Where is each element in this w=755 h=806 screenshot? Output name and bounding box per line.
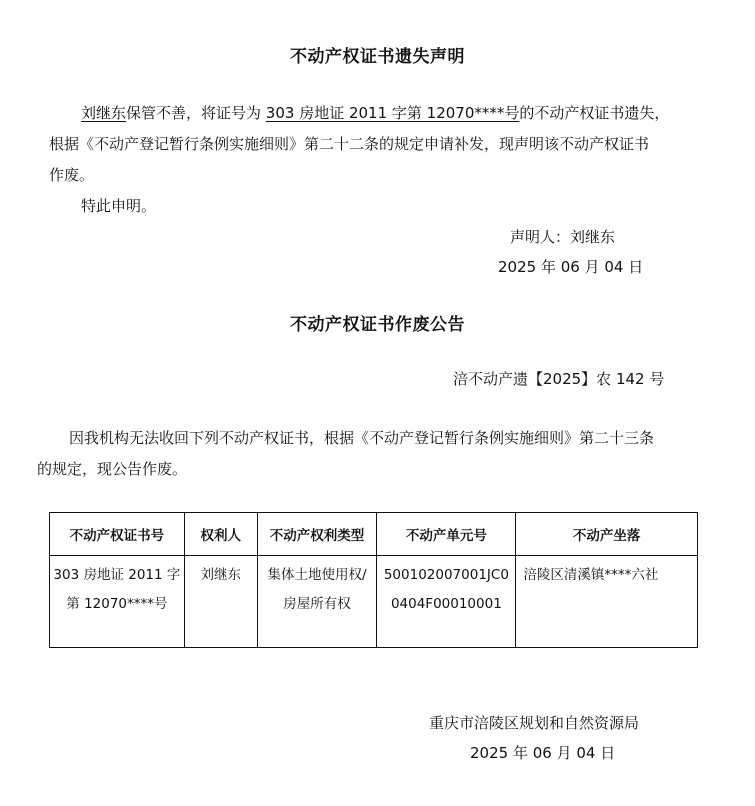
header-location: 不动产坐落 [516, 513, 698, 556]
voided-certificates-table: 不动产权证书号 权利人 不动产权利类型 不动产单元号 不动产坐落 303 房地证… [49, 512, 698, 648]
doc-number: 涪不动产遗【2025】农 142 号 [453, 364, 664, 395]
header-right-type: 不动产权利类型 [257, 513, 377, 556]
announcement-title: 不动产权证书作废公告 [0, 310, 755, 335]
statement-text: 的不动产权证书遗失， [519, 104, 669, 122]
announcement-paragraph-line2: 的规定，现公告作废。 [37, 454, 187, 485]
statement-paragraph-line3: 作废。 [49, 160, 94, 191]
table-header-row: 不动产权证书号 权利人 不动产权利类型 不动产单元号 不动产坐落 [50, 513, 698, 556]
cert-number: 303 房地证 2011 字第 12070****号 [266, 104, 520, 122]
statement-date: 2025 年 06 月 04 日 [498, 252, 643, 283]
declarant-label: 声明人：刘继东 [510, 222, 615, 253]
statement-paragraph-line1: 刘继东保管不善，将证号为 303 房地证 2011 字第 12070****号的… [81, 98, 669, 129]
announcement-paragraph-line1: 因我机构无法收回下列不动产权证书，根据《不动产登记暂行条例实施细则》第二十三条 [69, 423, 654, 454]
header-owner: 权利人 [184, 513, 257, 556]
owner-name: 刘继东 [81, 104, 126, 122]
statement-closing: 特此申明。 [81, 191, 156, 222]
cell-right-type: 集体土地使用权/ 房屋所有权 [257, 556, 377, 648]
statement-text: 保管不善，将证号为 [126, 104, 266, 122]
statement-title: 不动产权证书遗失声明 [0, 42, 755, 67]
cell-unit-number: 500102007001JC0 0404F00010001 [377, 556, 516, 648]
table-row: 303 房地证 2011 字 第 12070****号 刘继东 集体土地使用权/… [50, 556, 698, 648]
issuer: 重庆市涪陵区规划和自然资源局 [429, 708, 639, 739]
cell-owner: 刘继东 [184, 556, 257, 648]
cell-location: 涪陵区清溪镇****六社 [516, 556, 698, 648]
announcement-date: 2025 年 06 月 04 日 [470, 738, 615, 769]
header-cert-number: 不动产权证书号 [50, 513, 185, 556]
cell-cert-number: 303 房地证 2011 字 第 12070****号 [50, 556, 185, 648]
header-unit-number: 不动产单元号 [377, 513, 516, 556]
statement-paragraph-line2: 根据《不动产登记暂行条例实施细则》第二十二条的规定申请补发，现声明该不动产权证书 [49, 129, 649, 160]
